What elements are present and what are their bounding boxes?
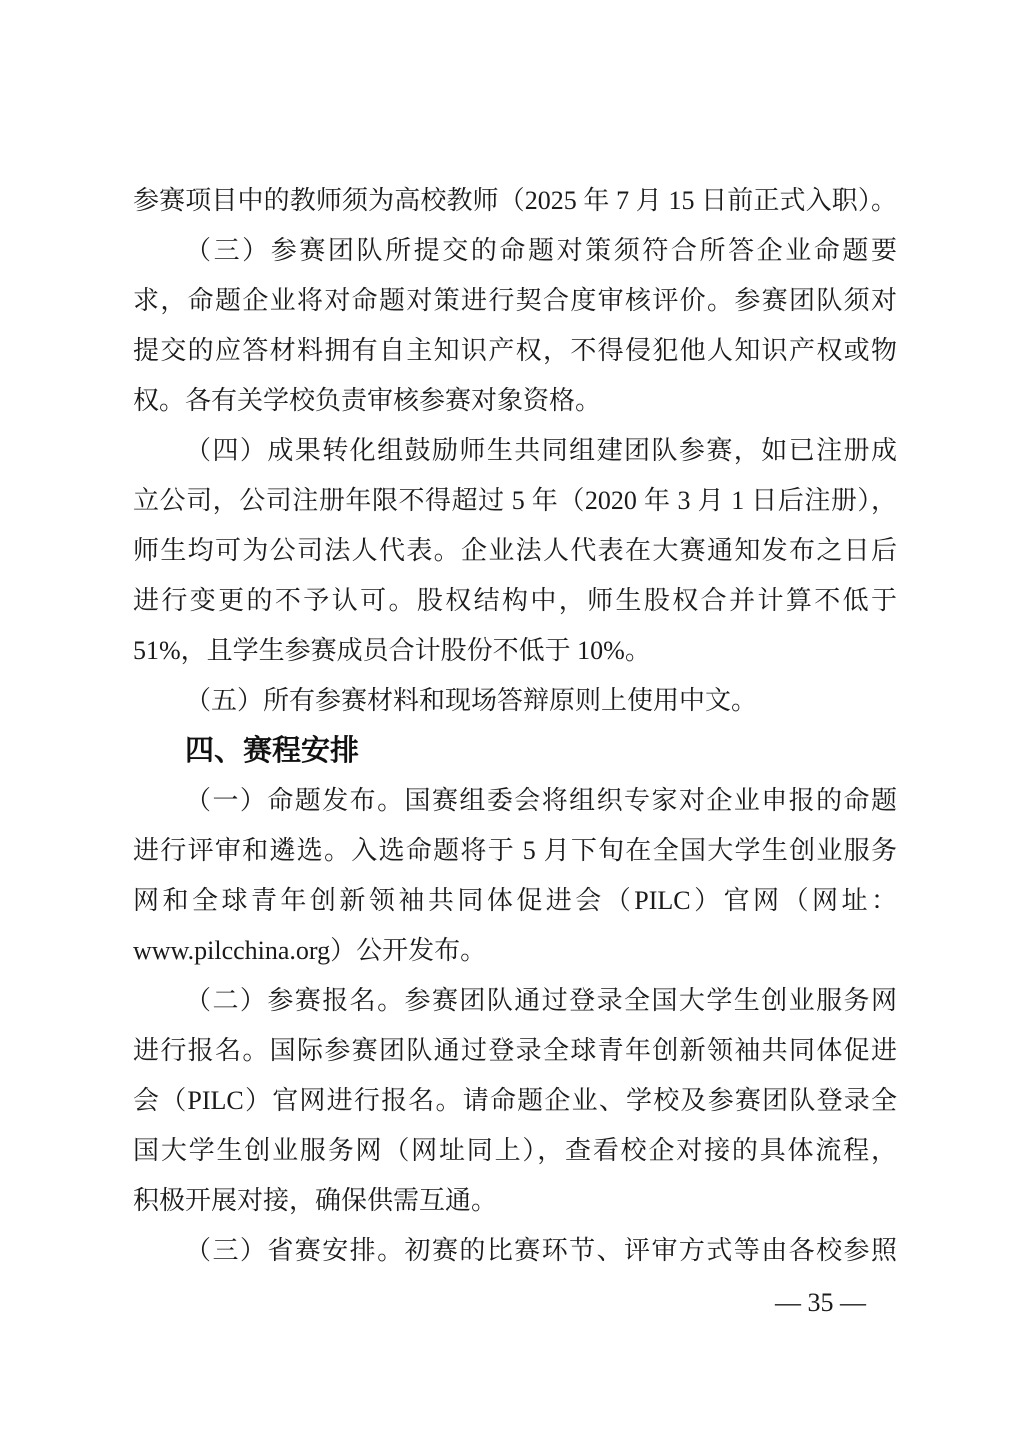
text-line: （五）所有参赛材料和现场答辩原则上使用中文。 xyxy=(133,676,897,726)
text-line: （四）成果转化组鼓励师生共同组建团队参赛，如已注册成 xyxy=(133,426,897,476)
text-line: 提交的应答材料拥有自主知识产权，不得侵犯他人知识产权或物 xyxy=(133,326,897,376)
text-line: 进行变更的不予认可。股权结构中，师生股权合并计算不低于 xyxy=(133,576,897,626)
text-line: （二）参赛报名。参赛团队通过登录全国大学生创业服务网 xyxy=(133,976,897,1026)
section-heading: 四、赛程安排 xyxy=(133,726,897,776)
text-line: 师生均可为公司法人代表。企业法人代表在大赛通知发布之日后 xyxy=(133,526,897,576)
document-text-block: 参赛项目中的教师须为高校教师（2025 年 7 月 15 日前正式入职）。 （三… xyxy=(133,176,897,1276)
text-line: 积极开展对接，确保供需互通。 xyxy=(133,1176,897,1226)
text-line: （三）省赛安排。初赛的比赛环节、评审方式等由各校参照 xyxy=(133,1226,897,1276)
text-line: 会（PILC）官网进行报名。请命题企业、学校及参赛团队登录全 xyxy=(133,1076,897,1126)
text-line: 进行评审和遴选。入选命题将于 5 月下旬在全国大学生创业服务 xyxy=(133,826,897,876)
document-page: 参赛项目中的教师须为高校教师（2025 年 7 月 15 日前正式入职）。 （三… xyxy=(0,0,1024,1448)
text-line: www.pilcchina.org）公开发布。 xyxy=(133,926,897,976)
text-line: 参赛项目中的教师须为高校教师（2025 年 7 月 15 日前正式入职）。 xyxy=(133,176,897,226)
text-line: 51%，且学生参赛成员合计股份不低于 10%。 xyxy=(133,626,897,676)
text-line: 权。各有关学校负责审核参赛对象资格。 xyxy=(133,376,897,426)
text-line: （一）命题发布。国赛组委会将组织专家对企业申报的命题 xyxy=(133,776,897,826)
text-line: （三）参赛团队所提交的命题对策须符合所答企业命题要 xyxy=(133,226,897,276)
page-number: — 35 — xyxy=(775,1286,866,1320)
text-line: 进行报名。国际参赛团队通过登录全球青年创新领袖共同体促进 xyxy=(133,1026,897,1076)
text-line: 求，命题企业将对命题对策进行契合度审核评价。参赛团队须对 xyxy=(133,276,897,326)
text-line: 网和全球青年创新领袖共同体促进会（PILC）官网（网址： xyxy=(133,876,897,926)
text-line: 立公司，公司注册年限不得超过 5 年（2020 年 3 月 1 日后注册）， xyxy=(133,476,897,526)
text-line: 国大学生创业服务网（网址同上），查看校企对接的具体流程， xyxy=(133,1126,897,1176)
